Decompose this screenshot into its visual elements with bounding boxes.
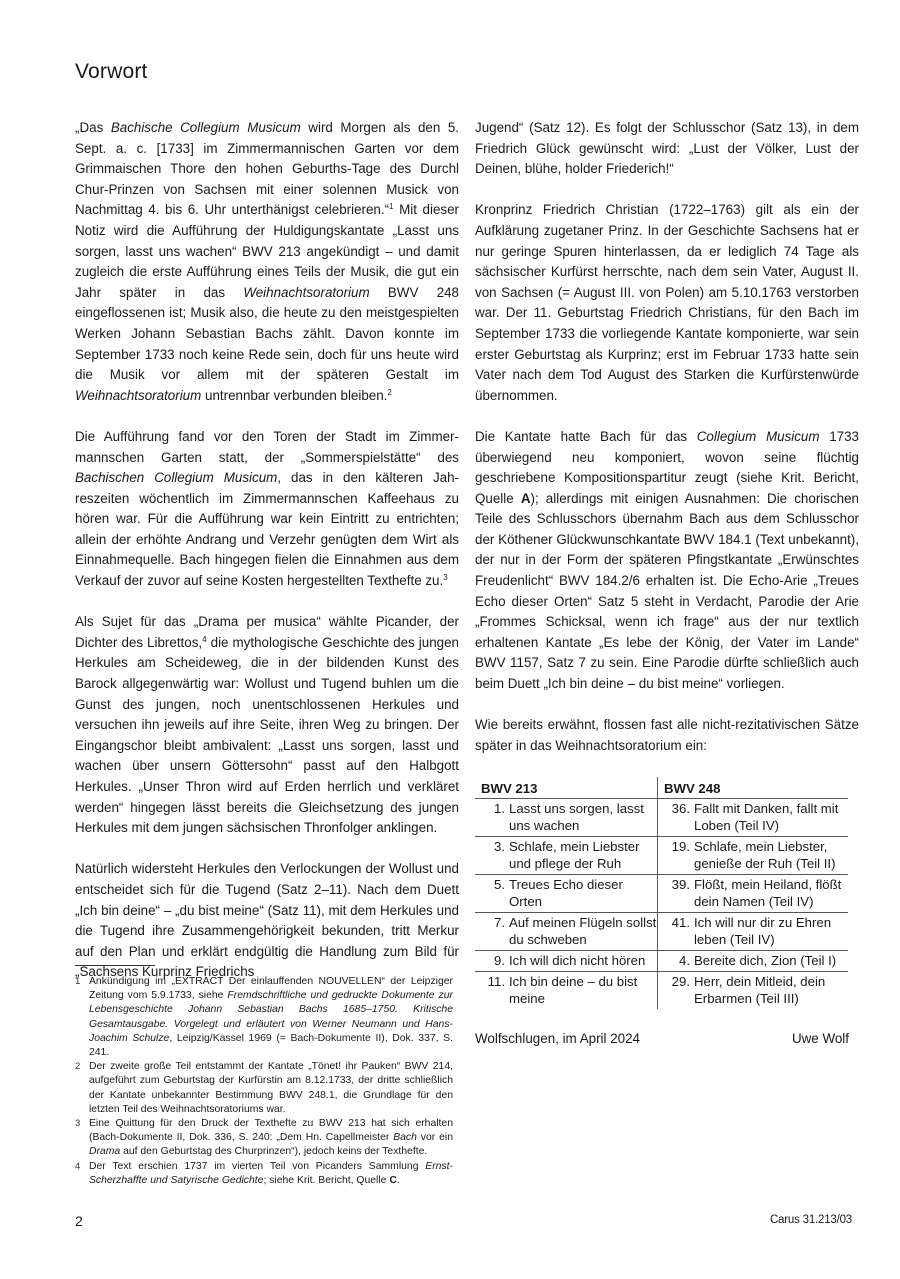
paragraph-8: Wie bereits erwähnt, flossen fast alle n… [475, 715, 859, 756]
paragraph-5: Jugend“ (Satz 12). Es folgt der Schlussc… [475, 118, 859, 180]
footnote-3: 3 Eine Quittung für den Druck der Texthe… [75, 1117, 453, 1160]
movement-title: Flößt, mein Heiland, flößt dein Namen (T… [694, 876, 848, 910]
table-cell: 19.Schlafe, mein Liebster, genieße der R… [658, 837, 849, 875]
table-cell: 11.Ich bin deine – du bist meine [475, 972, 658, 1010]
footnote-ref-3[interactable]: 3 [443, 573, 447, 582]
movement-title: Schlafe, mein Liebster und pflege der Ru… [509, 838, 657, 872]
table-cell: 36.Fallt mit Danken, fallt mit Loben (Te… [658, 799, 849, 837]
movement-title: Ich will dich nicht hören [509, 952, 657, 969]
movement-number: 39. [660, 876, 694, 910]
movement-number: 7. [475, 914, 509, 948]
italic-text: Drama [89, 1146, 120, 1157]
text: Die Aufführung fand vor den Toren der St… [75, 429, 459, 465]
footnote-ref-2[interactable]: 2 [387, 388, 391, 397]
paragraph-1: „Das Bachische Collegium Musicum wird Mo… [75, 118, 459, 406]
bold-text: A [521, 491, 531, 506]
page-title: Vorwort [75, 60, 148, 84]
table-row: 7.Auf meinen Flügeln sollst du schweben … [475, 913, 848, 951]
movement-number: 41. [660, 914, 694, 948]
paragraph-6: Kronprinz Friedrich Christian (1722–1763… [475, 200, 859, 406]
table-cell: 41.Ich will nur dir zu Ehren leben (Teil… [658, 913, 849, 951]
text: auf den Geburtstag des Churprinzen“), je… [120, 1146, 427, 1157]
movement-title: Schlafe, mein Liebster, genieße der Ruh … [694, 838, 848, 872]
table-cell: 39.Flößt, mein Heiland, flößt dein Namen… [658, 875, 849, 913]
place-date: Wolfschlugen, im April 2024 [475, 1029, 640, 1050]
right-column: Jugend“ (Satz 12). Es folgt der Schlussc… [475, 118, 859, 1050]
movement-number: 5. [475, 876, 509, 910]
footnote-text: Der Text erschien 1737 im vierten Teil v… [89, 1160, 453, 1188]
movement-number: 11. [475, 973, 509, 1007]
table-cell: 29.Herr, dein Mitleid, dein Erbarmen (Te… [658, 972, 849, 1010]
footnote-number: 1 [75, 975, 89, 1060]
table-cell: 5.Treues Echo dieser Orten [475, 875, 658, 913]
italic-text: Weihnachtsora­torium [243, 285, 369, 300]
footnote-text: Der zweite große Teil entstammt der Kant… [89, 1060, 453, 1117]
movement-number: 1. [475, 800, 509, 834]
movement-title: Ich will nur dir zu Ehren leben (Teil IV… [694, 914, 848, 948]
movement-number: 4. [660, 952, 694, 969]
text: Die Kantate hatte Bach für das [475, 429, 697, 444]
author-name: Uwe Wolf [792, 1029, 849, 1050]
footnote-2: 2 Der zweite große Teil entstammt der Ka… [75, 1060, 453, 1117]
table-cell: 9.Ich will dich nicht hören [475, 951, 658, 972]
footnote-1: 1 Ankündigung im „EXTRACT Der einlauffen… [75, 975, 453, 1060]
signoff: Wolfschlugen, im April 2024 Uwe Wolf [475, 1029, 859, 1050]
footnote-number: 4 [75, 1160, 89, 1188]
movement-title: Bereite dich, Zion (Teil I) [694, 952, 848, 969]
column-header-bwv213: BWV 213 [475, 777, 658, 799]
movement-number: 36. [660, 800, 694, 834]
text: , das in den kälteren Jah­reszeiten wöch… [75, 470, 459, 588]
italic-text: Bachische Collegium Musicum [111, 120, 301, 135]
text: ); allerdings mit einigen Ausnahmen: Die… [475, 491, 859, 691]
footnote-4: 4 Der Text erschien 1737 im vierten Teil… [75, 1160, 453, 1188]
movement-number: 29. [660, 973, 694, 1007]
bwv-comparison-table: BWV 213 BWV 248 1.Lasst uns sorgen, lass… [475, 777, 848, 1009]
text: „Das [75, 120, 111, 135]
italic-text: Bachischen Collegium Musicum [75, 470, 277, 485]
column-header-bwv248: BWV 248 [658, 777, 849, 799]
movement-number: 9. [475, 952, 509, 969]
catalog-code: Carus 31.213/03 [770, 1214, 852, 1226]
footnote-divider [75, 965, 155, 966]
movement-title: Treues Echo dieser Orten [509, 876, 657, 910]
movement-title: Ich bin deine – du bist meine [509, 973, 657, 1007]
movement-title: Fallt mit Danken, fallt mit Loben (Teil … [694, 800, 848, 834]
footnote-number: 3 [75, 1117, 89, 1160]
table-row: 5.Treues Echo dieser Orten 39.Flößt, mei… [475, 875, 848, 913]
table-header-row: BWV 213 BWV 248 [475, 777, 848, 799]
text: ; siehe Krit. Bericht, Quelle [263, 1175, 389, 1186]
left-column: „Das Bachische Collegium Musicum wird Mo… [75, 118, 459, 983]
paragraph-2: Die Aufführung fand vor den Toren der St… [75, 427, 459, 592]
movement-title: Lasst uns sorgen, lasst uns wachen [509, 800, 657, 834]
italic-text: Bach [393, 1132, 417, 1143]
footnote-number: 2 [75, 1060, 89, 1117]
bold-text: C [389, 1175, 397, 1186]
table-cell: 4.Bereite dich, Zion (Teil I) [658, 951, 849, 972]
text: Der Text erschien 1737 im vierten Teil v… [89, 1161, 425, 1172]
text: vor ein [417, 1132, 453, 1143]
table-row: 1.Lasst uns sorgen, lasst uns wachen 36.… [475, 799, 848, 837]
movement-number: 3. [475, 838, 509, 872]
movement-title: Herr, dein Mitleid, dein Erbarmen (Teil … [694, 973, 848, 1007]
table-row: 9.Ich will dich nicht hören 4.Bereite di… [475, 951, 848, 972]
paragraph-7: Die Kantate hatte Bach für das Collegium… [475, 427, 859, 695]
footnote-text: Eine Quittung für den Druck der Textheft… [89, 1117, 453, 1160]
table-row: 11.Ich bin deine – du bist meine 29.Herr… [475, 972, 848, 1010]
table-cell: 3.Schlafe, mein Liebster und pflege der … [475, 837, 658, 875]
italic-text: Collegium Musicum [697, 429, 820, 444]
page-number: 2 [75, 1213, 83, 1229]
text: . [397, 1175, 400, 1186]
text: untrennbar ver­bunden bleiben. [201, 388, 387, 403]
paragraph-3: Als Sujet für das „Drama per musica“ wäh… [75, 612, 459, 839]
text: die mythologische Geschichte des jungen … [75, 635, 459, 835]
table-cell: 1.Lasst uns sorgen, lasst uns wachen [475, 799, 658, 837]
table-row: 3.Schlafe, mein Liebster und pflege der … [475, 837, 848, 875]
footnotes: 1 Ankündigung im „EXTRACT Der einlauffen… [75, 975, 453, 1188]
footnote-text: Ankündigung im „EXTRACT Der einlauffende… [89, 975, 453, 1060]
movement-number: 19. [660, 838, 694, 872]
table-cell: 7.Auf meinen Flügeln sollst du schweben [475, 913, 658, 951]
italic-text: Weihnachtsoratorium [75, 388, 201, 403]
movement-title: Auf meinen Flügeln sollst du schweben [509, 914, 657, 948]
